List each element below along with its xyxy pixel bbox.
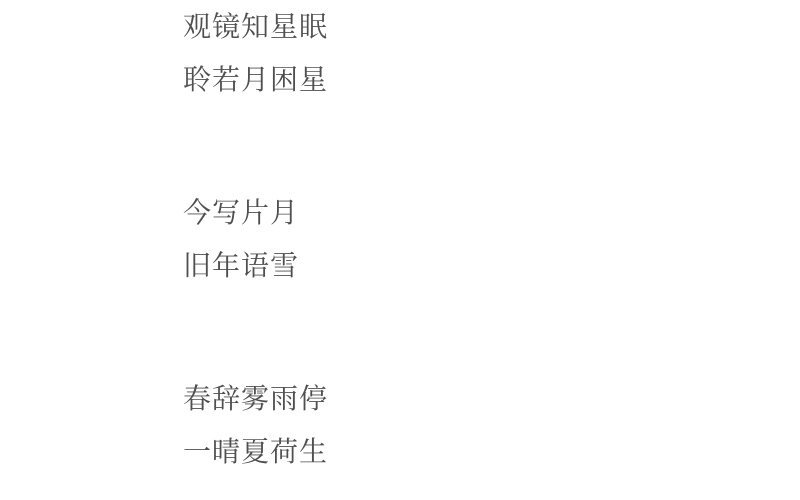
poem-stanza-1: 观镜知星眠 聆若月困星 xyxy=(183,0,800,106)
poem-line: 旧年语雪 xyxy=(183,239,800,292)
poem-line: 一晴夏荷生 xyxy=(183,425,800,478)
poem-line: 今写片月 xyxy=(183,186,800,239)
poem-page: 观镜知星眠 聆若月困星 今写片月 旧年语雪 春辞雾雨停 一晴夏荷生 xyxy=(0,0,800,500)
poem-line: 聆若月困星 xyxy=(183,53,800,106)
poem-text-block: 观镜知星眠 聆若月困星 今写片月 旧年语雪 春辞雾雨停 一晴夏荷生 xyxy=(0,0,800,478)
poem-stanza-3: 春辞雾雨停 一晴夏荷生 xyxy=(183,372,800,478)
poem-line: 观镜知星眠 xyxy=(183,0,800,53)
poem-stanza-2: 今写片月 旧年语雪 xyxy=(183,186,800,292)
poem-line: 春辞雾雨停 xyxy=(183,372,800,425)
